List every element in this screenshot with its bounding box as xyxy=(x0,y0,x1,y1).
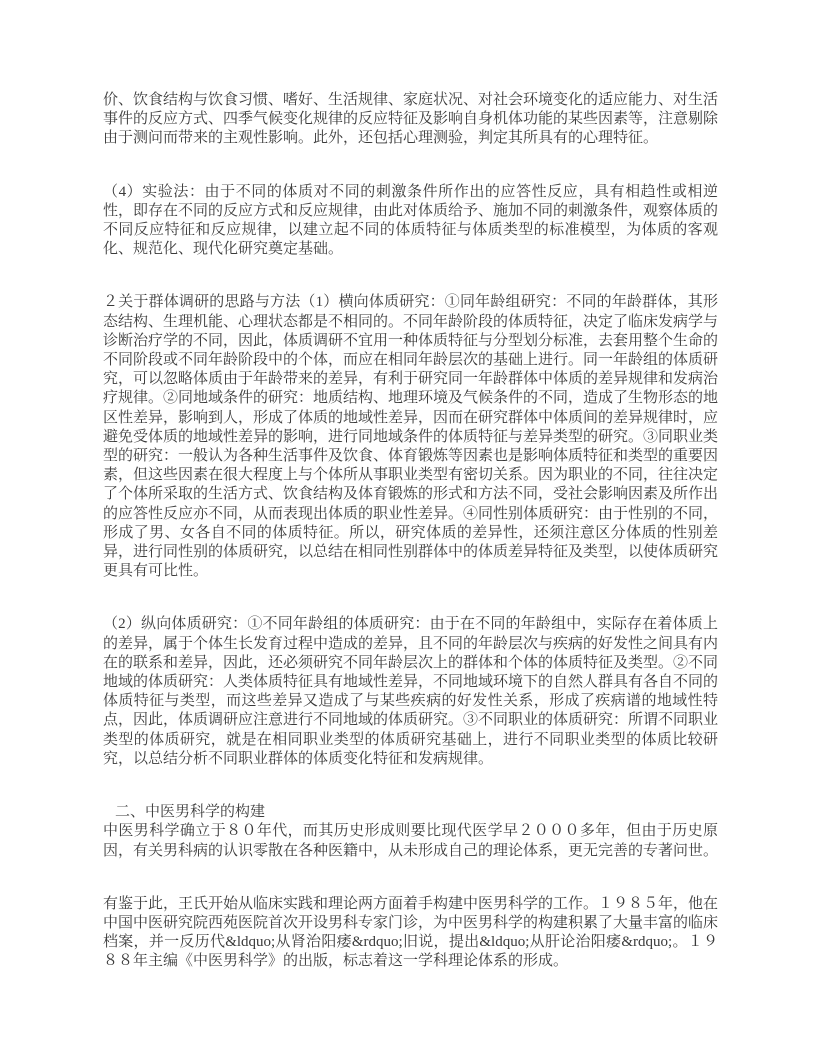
document-page: 价、饮食结构与饮食习惯、嗜好、生活规律、家庭状况、对社会环境变化的适应能力、对生… xyxy=(0,0,816,1056)
paragraph-experimental-method: （4）实验法：由于不同的体质对不同的刺激条件所作出的应答性反应，具有相趋性或相逆… xyxy=(103,183,718,260)
section-heading: 二、中医男科学的构建 xyxy=(103,803,718,822)
paragraph-psych-assessment: 价、饮食结构与饮食习惯、嗜好、生活规律、家庭状况、对社会环境变化的适应能力、对生… xyxy=(103,91,718,149)
section-tcm-andrology: 二、中医男科学的构建 中医男科学确立于８０年代，而其历史形成则要比现代医学早２０… xyxy=(103,803,718,861)
paragraph-wang-contribution: 有鉴于此，王氏开始从临床实践和理论两方面着手构建中医男科学的工作。１９８５年，他… xyxy=(103,895,718,972)
paragraph-vertical-constitution-research: （2）纵向体质研究：①不同年龄组的体质研究：由于在不同的年龄组中，实际存在着体质… xyxy=(103,615,718,769)
paragraph-horizontal-constitution-research: ２关于群体调研的思路与方法（1）横向体质研究：①同年龄组研究：不同的年龄群体，其… xyxy=(103,293,718,581)
section-body-text: 中医男科学确立于８０年代，而其历史形成则要比现代医学早２０００多年，但由于历史原… xyxy=(103,822,718,860)
